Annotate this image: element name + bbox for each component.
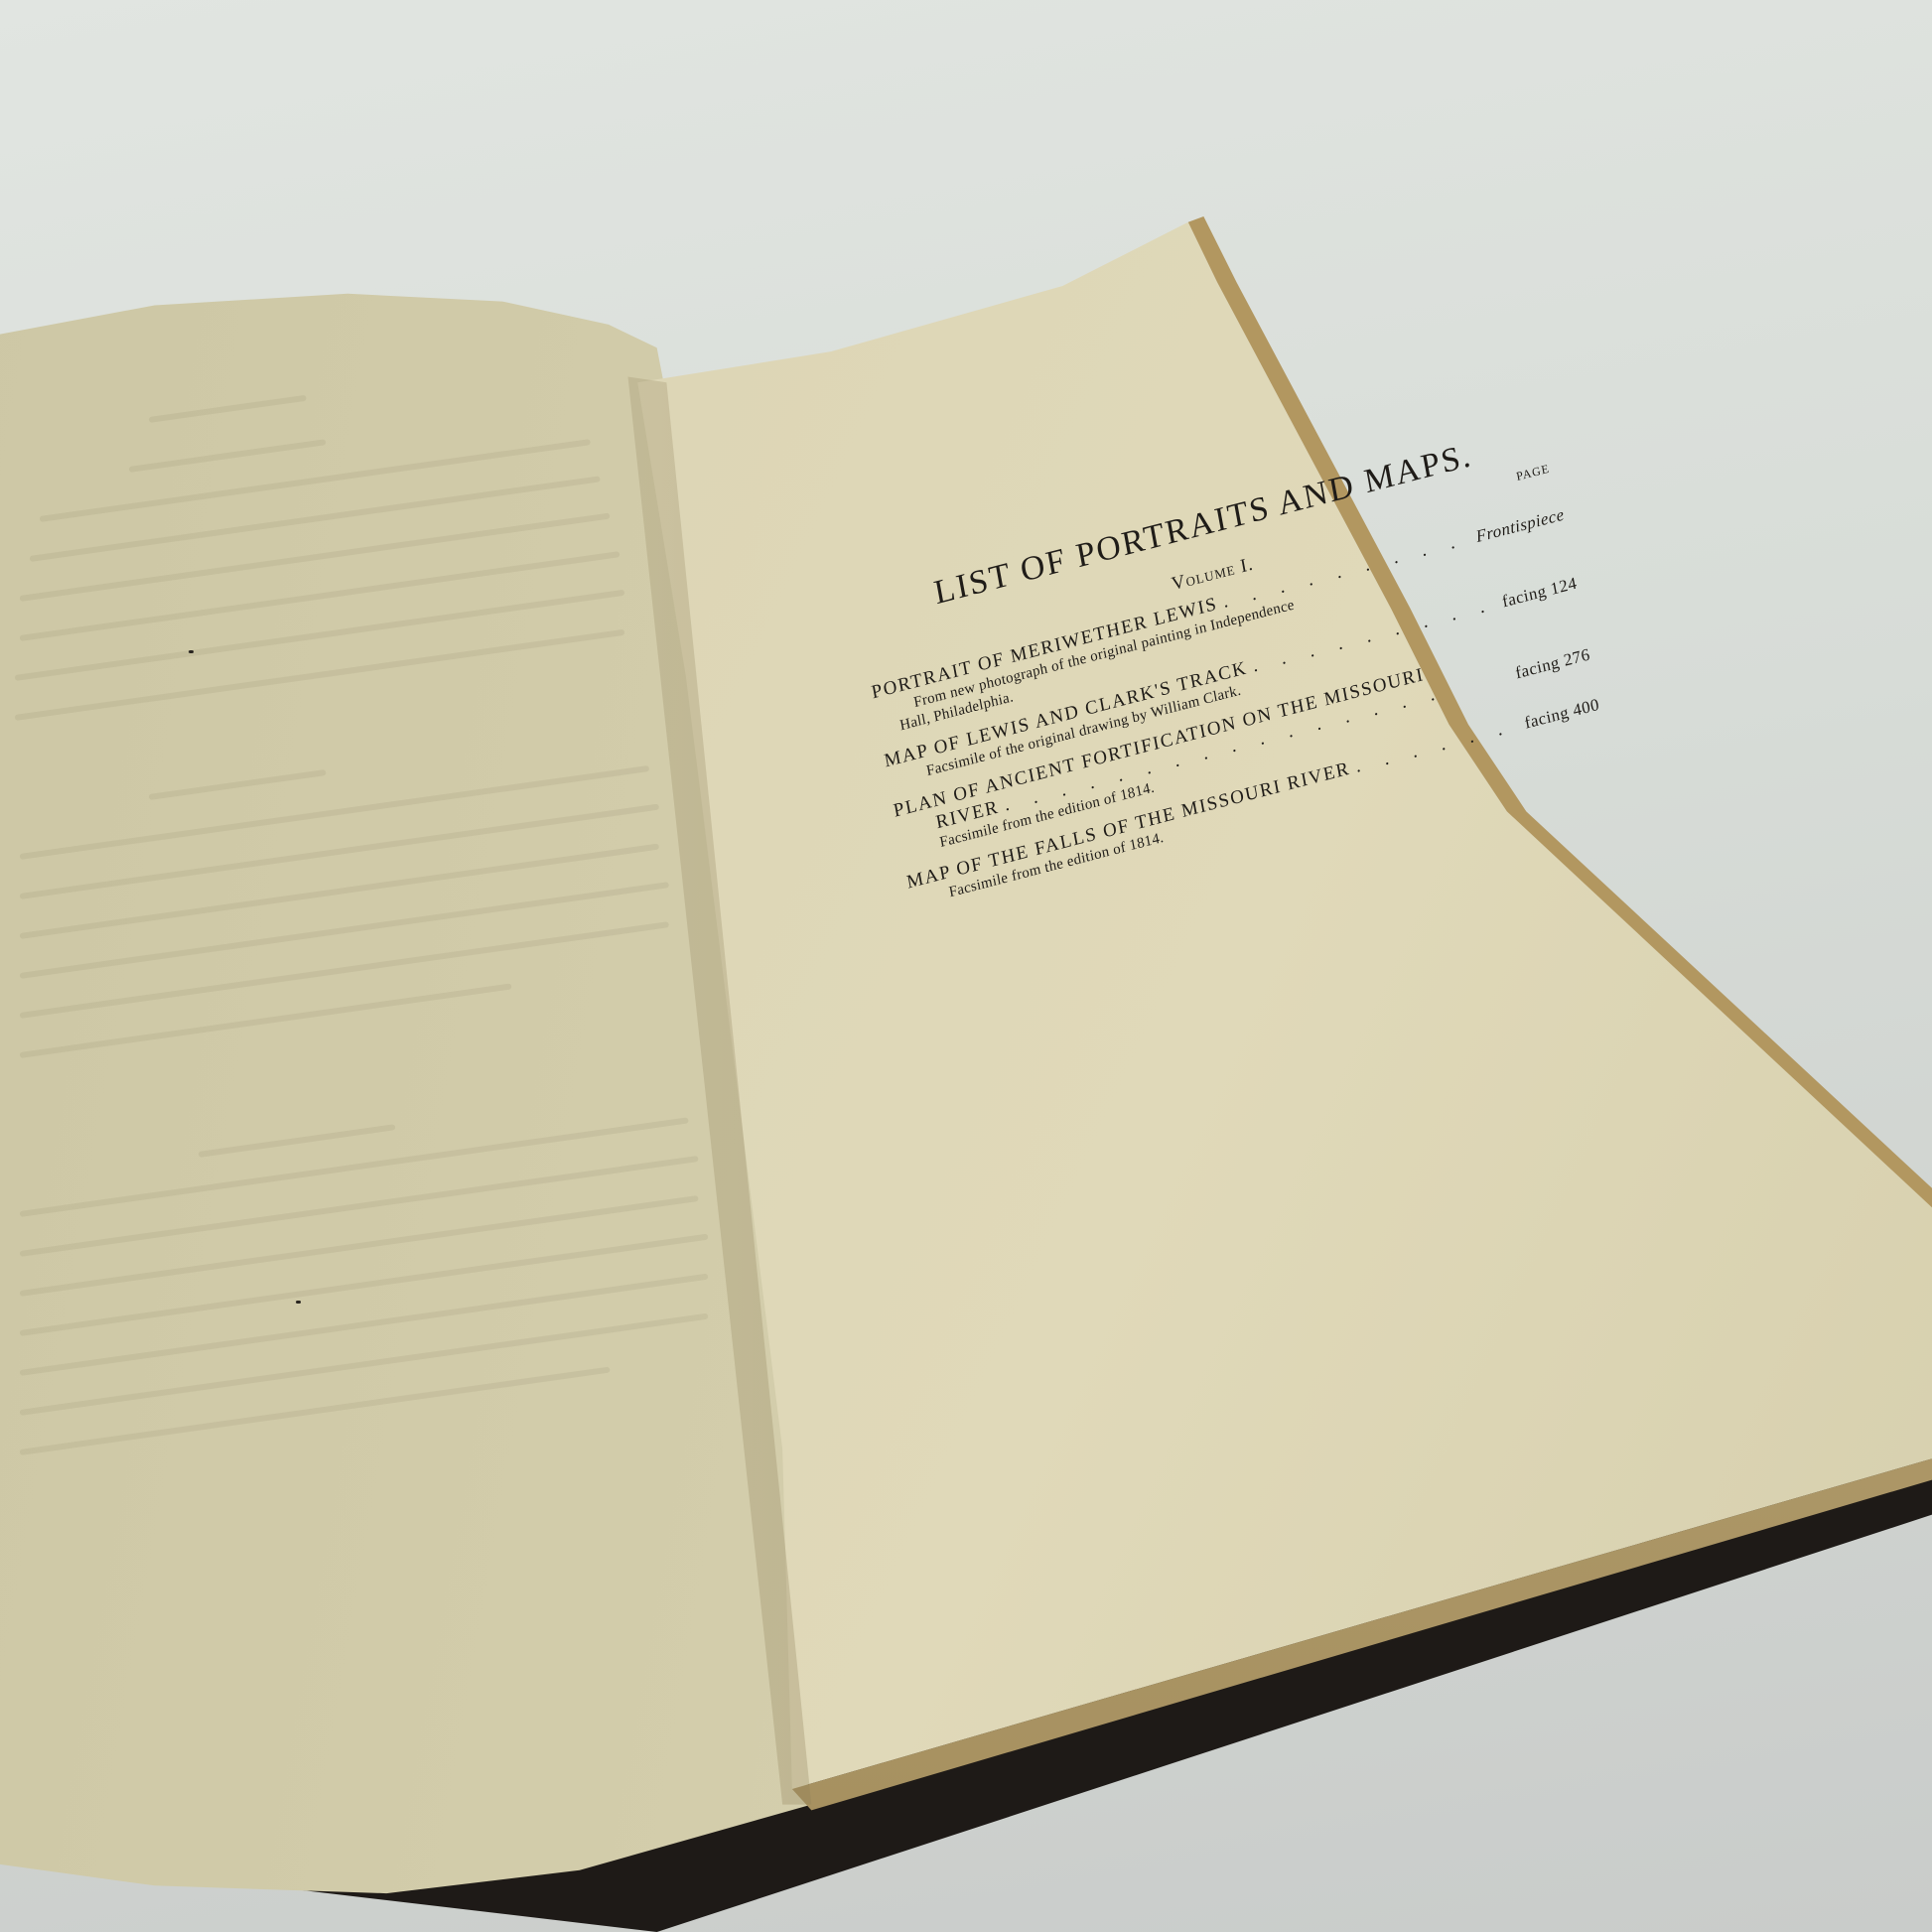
book-photo: LIST OF PORTRAITS AND MAPS. PAGE Volume …	[0, 0, 1932, 1932]
ink-speck	[296, 1301, 301, 1304]
ink-speck	[189, 650, 194, 653]
